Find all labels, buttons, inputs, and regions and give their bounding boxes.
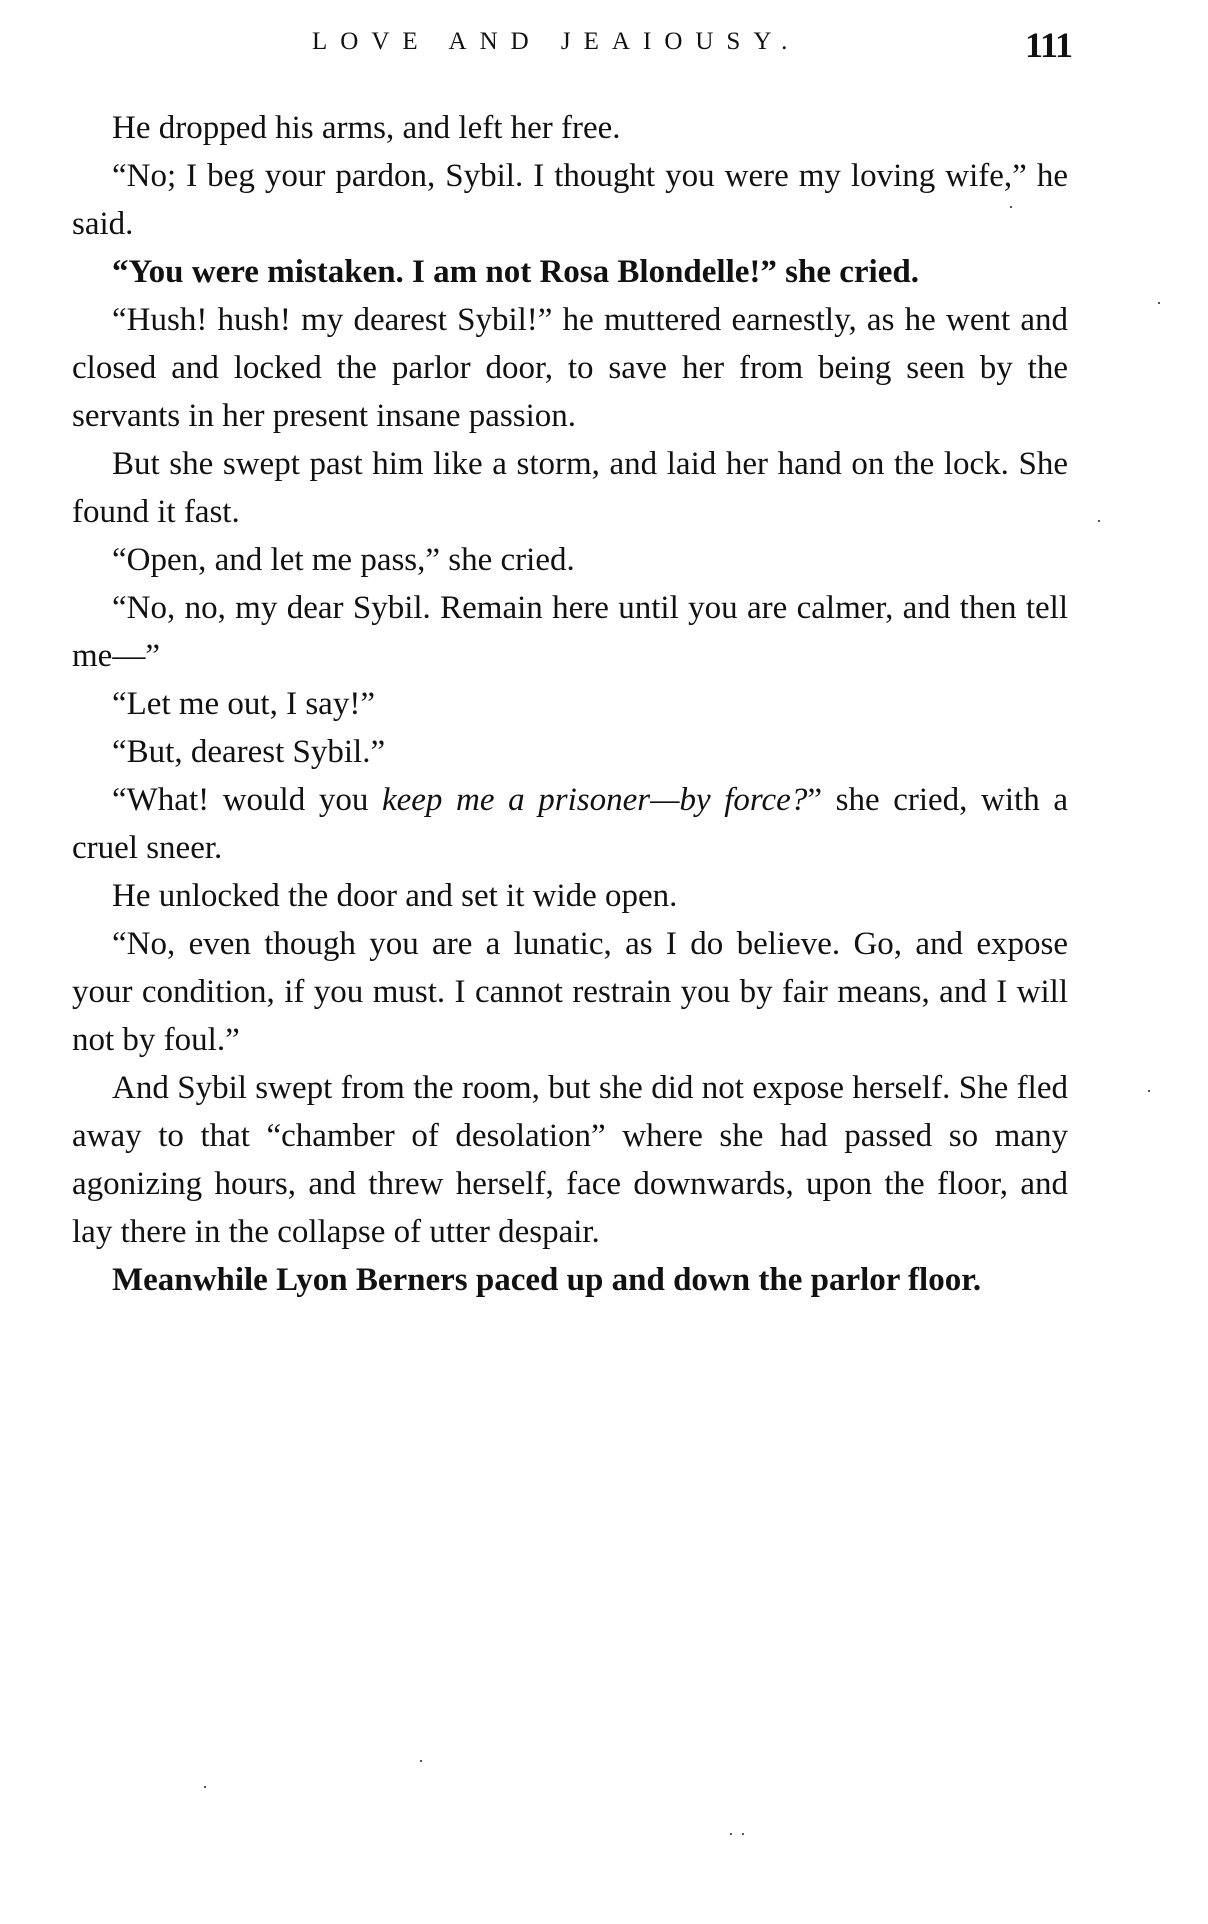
paragraph-14: Meanwhile Lyon Berners paced up and down… xyxy=(72,1256,1068,1304)
paragraph-10-before: “What! would you xyxy=(112,782,382,818)
scan-speck xyxy=(420,1760,422,1762)
paragraph-5: But she swept past him like a storm, and… xyxy=(72,440,1068,536)
paragraph-12: “No, even though you are a lunatic, as I… xyxy=(72,920,1068,1064)
paragraph-9: “But, dearest Sybil.” xyxy=(72,728,1068,776)
running-title: LOVE AND JEAIOUSY. xyxy=(312,28,800,56)
paragraph-6: “Open, and let me pass,” she cried. xyxy=(72,536,1068,584)
book-page: LOVE AND JEAIOUSY. 111 He dropped his ar… xyxy=(0,0,1208,1924)
running-head: LOVE AND JEAIOUSY. 111 xyxy=(72,26,1068,70)
paragraph-8: “Let me out, I say!” xyxy=(72,680,1068,728)
scan-speck xyxy=(742,1833,744,1835)
paragraph-10: “What! would you keep me a prisoner—by f… xyxy=(72,776,1068,872)
paragraph-11: He unlocked the door and set it wide ope… xyxy=(72,872,1068,920)
paragraph-1: He dropped his arms, and left her free. xyxy=(72,104,1068,152)
body-text: He dropped his arms, and left her free. … xyxy=(72,104,1068,1304)
scan-speck xyxy=(204,1786,206,1788)
paragraph-3: “You were mistaken. I am not Rosa Blonde… xyxy=(72,248,1068,296)
scan-speck xyxy=(1158,302,1160,304)
scan-speck xyxy=(730,1833,732,1835)
paragraph-13: And Sybil swept from the room, but she d… xyxy=(72,1064,1068,1256)
page-number: 111 xyxy=(1025,24,1072,66)
scan-speck xyxy=(1010,206,1012,208)
paragraph-2: “No; I beg your pardon, Sybil. I thought… xyxy=(72,152,1068,248)
paragraph-4: “Hush! hush! my dearest Sybil!” he mutte… xyxy=(72,296,1068,440)
scan-speck xyxy=(1148,1090,1150,1092)
paragraph-7: “No, no, my dear Sybil. Remain here unti… xyxy=(72,584,1068,680)
paragraph-10-emphasis: keep me a prisoner—by force? xyxy=(382,782,807,818)
scan-speck xyxy=(1098,520,1100,522)
